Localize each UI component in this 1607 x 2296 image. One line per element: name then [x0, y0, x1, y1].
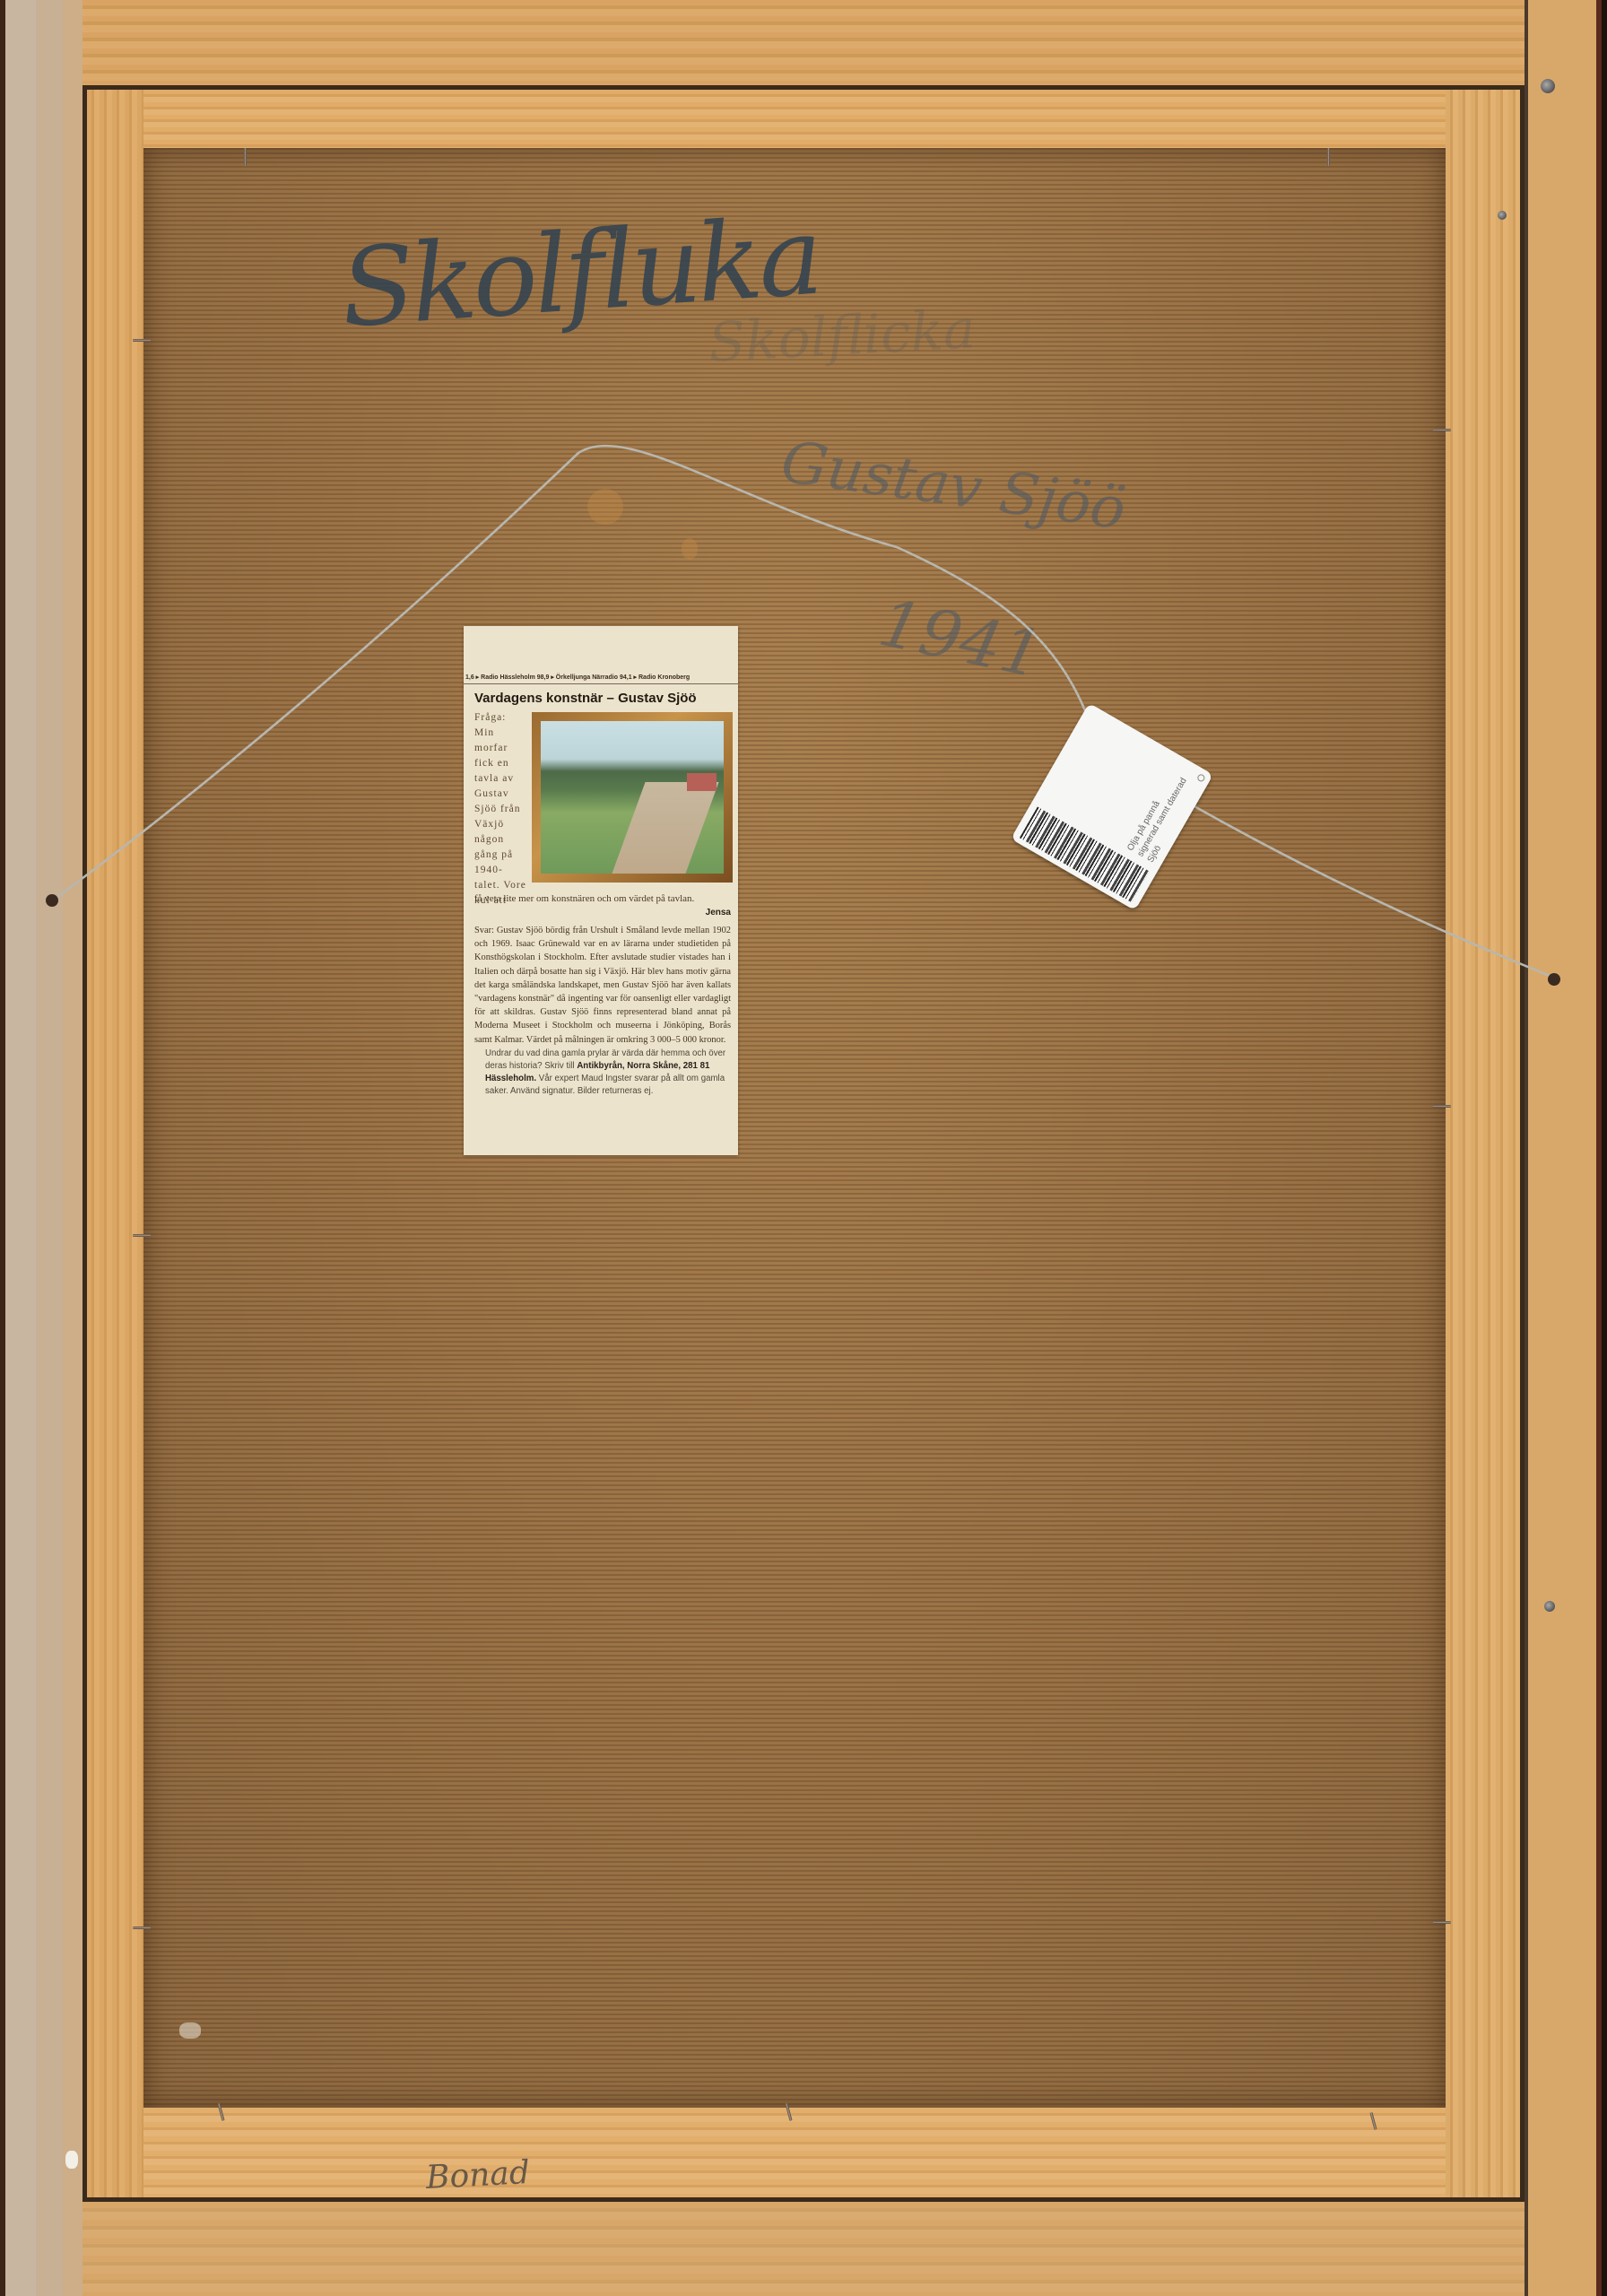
- clipping-question: Fråga: Min morfar fick en tavla av Gusta…: [474, 710, 528, 909]
- outer-frame-left-rail: [0, 0, 83, 2296]
- stain: [587, 489, 623, 525]
- clipping-answer: Svar: Gustav Sjöö bördig från Urshult i …: [474, 924, 731, 1047]
- inner-frame-top-rail: [87, 90, 1520, 148]
- paint-fleck: [65, 2151, 78, 2169]
- outer-frame-bottom-rail: [0, 2202, 1607, 2296]
- nail: [1433, 1105, 1451, 1108]
- radio-strip: 1,6 ▸ Radio Hässleholm 98,9 ▸ Örkelljung…: [464, 673, 738, 684]
- screw: [1498, 211, 1507, 220]
- nail: [1433, 429, 1451, 431]
- inner-frame-bottom-rail: [87, 2108, 1520, 2197]
- outer-frame-top-rail: [0, 0, 1607, 85]
- screw: [1541, 79, 1555, 93]
- clipping-question-tail: få veta lite mer om konstnären och om vä…: [474, 893, 734, 904]
- question-signature: Jensa: [706, 908, 731, 918]
- nail: [133, 1234, 151, 1237]
- outer-frame-right-rail: [1524, 0, 1607, 2296]
- paint-fleck: [179, 2022, 201, 2039]
- landscape-image: [541, 721, 724, 874]
- stain: [682, 538, 698, 560]
- inner-frame-left-rail: [87, 90, 143, 2197]
- garden-path: [612, 782, 718, 874]
- screw: [1544, 1601, 1555, 1612]
- inner-frame-right-rail: [1446, 90, 1520, 2197]
- clipping-headline: Vardagens konstnär – Gustav Sjöö: [474, 691, 697, 706]
- tag-eyelet-icon: [1196, 773, 1206, 783]
- nail: [1433, 1921, 1451, 1924]
- nail: [133, 339, 151, 342]
- nail: [1327, 148, 1330, 166]
- clipping-footer: Undrar du vad dina gamla prylar är värda…: [485, 1048, 727, 1098]
- frame-note-inscription: Bonad: [425, 2154, 531, 2196]
- newspaper-clipping: 1,6 ▸ Radio Hässleholm 98,9 ▸ Örkelljung…: [464, 626, 738, 1155]
- red-house: [687, 773, 717, 791]
- nail: [133, 1926, 151, 1929]
- nail: [244, 148, 247, 166]
- painting-photo: [532, 712, 733, 883]
